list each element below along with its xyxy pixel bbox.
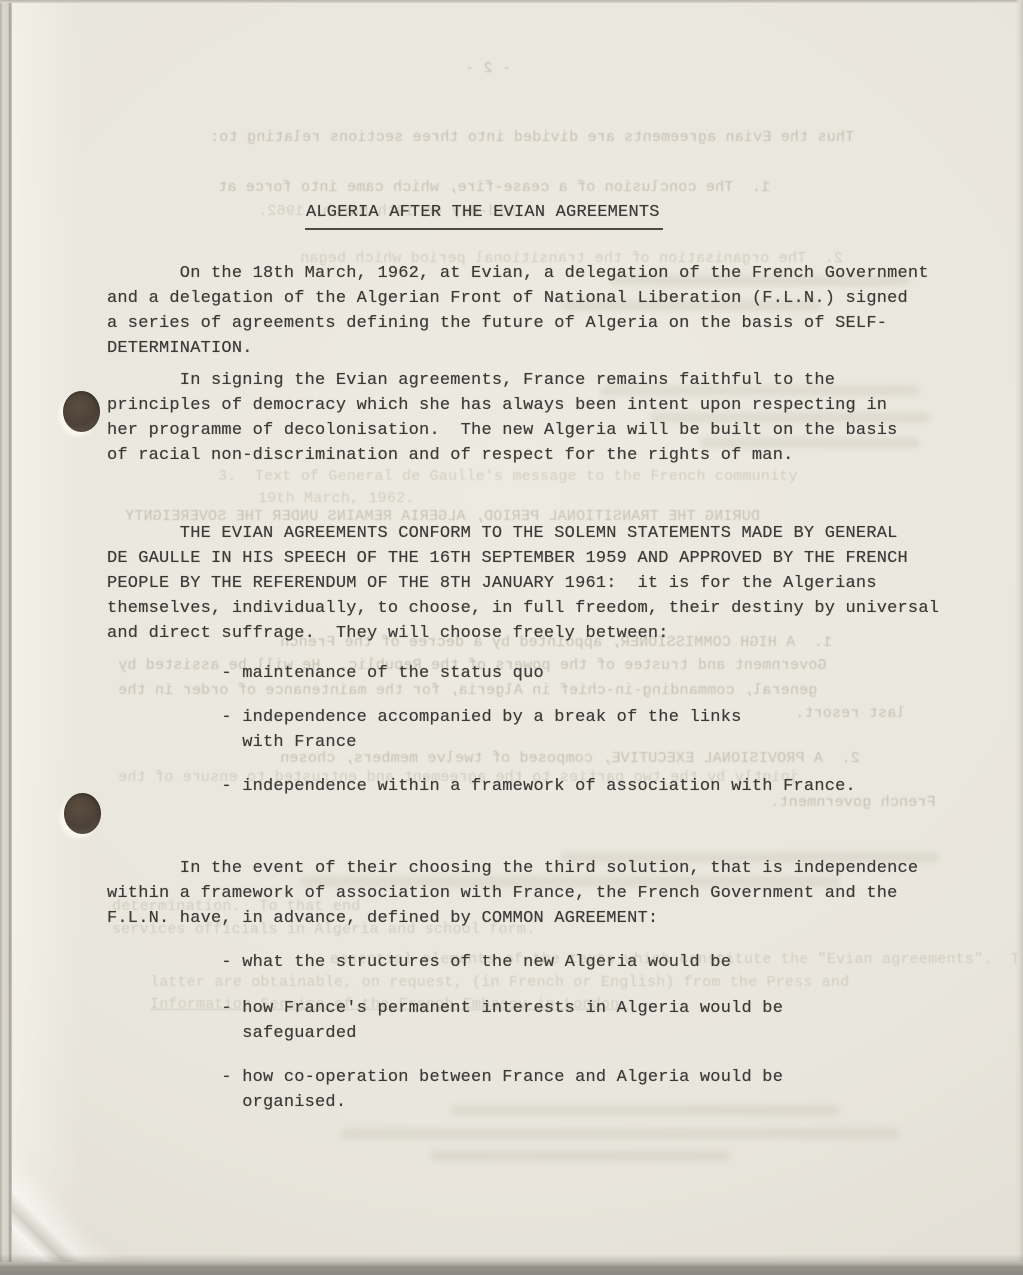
text-line: within a framework of association with F… <box>107 881 918 906</box>
bleedthrough-page-number: - 2 - <box>465 60 511 77</box>
text-line: PEOPLE BY THE REFERENDUM OF THE 8TH JANU… <box>107 571 939 596</box>
page-bottom-shadow <box>0 1254 1023 1262</box>
text-line: organised. <box>107 1090 783 1115</box>
list-item-independence-association: - independence within a framework of ass… <box>107 774 856 799</box>
text-line: - how France's permanent interests in Al… <box>107 996 783 1021</box>
document-title: ALGERIA AFTER THE EVIAN AGREEMENTS <box>305 200 663 230</box>
text-line: - independence accompanied by a break of… <box>107 705 742 730</box>
page-corner-curl <box>10 1144 160 1264</box>
page-top-edge <box>0 0 1023 3</box>
bleedthrough-line: 19th March, 1962. <box>258 490 414 507</box>
text-line: safeguarded <box>107 1021 783 1046</box>
text-line: - maintenance of the status quo <box>107 661 544 686</box>
text-line: principles of democracy which she has al… <box>107 393 898 418</box>
list-item-status-quo: - maintenance of the status quo <box>107 661 544 686</box>
bleedthrough-smudge <box>430 1150 730 1161</box>
text-line: In the event of their choosing the third… <box>107 856 918 881</box>
document-page: - 2 - Thus the Evian agreements are divi… <box>0 0 1023 1275</box>
page-bottom-edge <box>0 1262 1023 1275</box>
text-line: - how co-operation between France and Al… <box>107 1065 783 1090</box>
list-item-cooperation: - how co-operation between France and Al… <box>107 1065 783 1115</box>
text-line: a series of agreements defining the futu… <box>107 311 929 336</box>
page-left-edge <box>0 0 12 1264</box>
text-line: In signing the Evian agreements, France … <box>107 368 898 393</box>
text-line: THE EVIAN AGREEMENTS CONFORM TO THE SOLE… <box>107 521 939 546</box>
text-line: and a delegation of the Algerian Front o… <box>107 286 929 311</box>
list-item-independence-break: - independence accompanied by a break of… <box>107 705 742 755</box>
paragraph-principles: In signing the Evian agreements, France … <box>107 368 898 468</box>
text-line: her programme of decolonisation. The new… <box>107 418 898 443</box>
bleedthrough-line: last resort. <box>795 705 905 722</box>
list-item-french-interests: - how France's permanent interests in Al… <box>107 996 783 1046</box>
text-line: of racial non-discrimination and of resp… <box>107 443 898 468</box>
bleedthrough-line: latter are obtainable, on request, (in F… <box>150 974 849 991</box>
paragraph-third-solution: In the event of their choosing the third… <box>107 856 918 931</box>
text-line: - independence within a framework of ass… <box>107 774 856 799</box>
text-line: F.L.N. have, in advance, defined by COMM… <box>107 906 918 931</box>
text-line: DE GAULLE IN HIS SPEECH OF THE 16TH SEPT… <box>107 546 939 571</box>
bleedthrough-line: Thus the Evian agreements are divided in… <box>210 129 854 146</box>
text-line: with France <box>107 730 742 755</box>
text-line: - what the structures of the new Algeria… <box>107 950 731 975</box>
page-right-edge <box>1015 0 1023 1264</box>
bleedthrough-line: 3. Text of General de Gaulle's message t… <box>218 468 798 485</box>
scanned-document: - 2 - Thus the Evian agreements are divi… <box>0 0 1023 1275</box>
paragraph-signing-date: On the 18th March, 1962, at Evian, a del… <box>107 261 929 361</box>
text-line: themselves, individually, to choose, in … <box>107 596 939 621</box>
punch-hole-top <box>63 391 100 432</box>
text-line: On the 18th March, 1962, at Evian, a del… <box>107 261 929 286</box>
bleedthrough-smudge <box>340 1128 900 1139</box>
paragraph-referendum: THE EVIAN AGREEMENTS CONFORM TO THE SOLE… <box>107 521 939 646</box>
bleedthrough-line: 1. The conclusion of a cease-fire, which… <box>218 179 770 196</box>
text-line: DETERMINATION. <box>107 336 929 361</box>
punch-hole-bottom <box>64 793 101 834</box>
list-item-structures: - what the structures of the new Algeria… <box>107 950 731 975</box>
text-line: and direct suffrage. They will choose fr… <box>107 621 939 646</box>
